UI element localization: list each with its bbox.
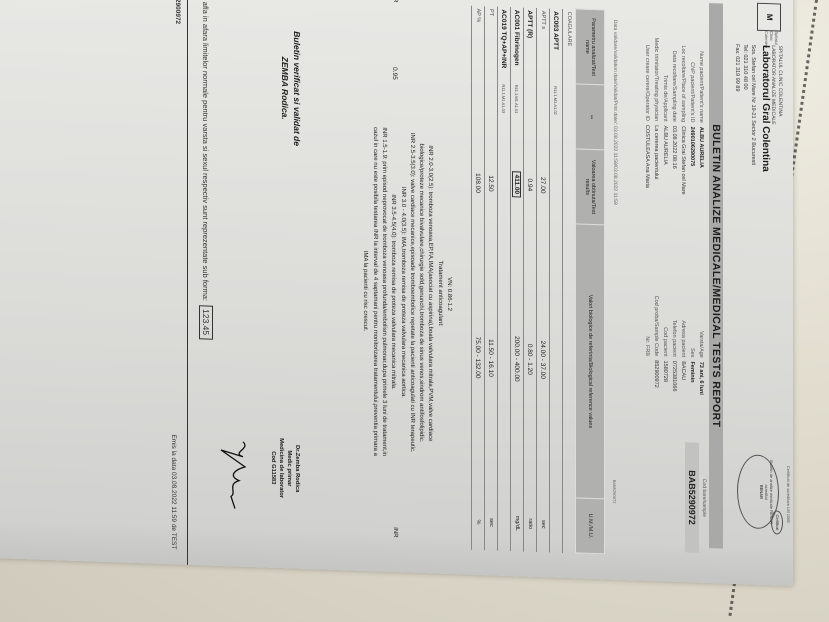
col-test-name: Parametru analizat/Test name bbox=[576, 9, 605, 85]
sample-barcode: Cod bare/sample BAB5290972 bbox=[685, 442, 707, 553]
test-code: R11.1.M1.A1.02 bbox=[550, 83, 563, 148]
test-name: AP % bbox=[472, 5, 485, 80]
hospital-logo-caption: Spitalul Clinic Colentina bbox=[764, 31, 779, 44]
test-name: AC003 APTT bbox=[550, 8, 563, 83]
inr-reference-notes: VN: 0.86-1.2 Tratament anticoagulant: IN… bbox=[360, 121, 453, 464]
test-result bbox=[550, 148, 563, 223]
patient-info-right: Varsta/Age73 ani, 6 luni SexFeminin Adre… bbox=[642, 281, 705, 395]
test-name: AC019 TQ+AP+INR bbox=[498, 6, 511, 81]
hospital-header: SPITALUL CLINIC COLENTINA LABORATOR ANAL… bbox=[769, 45, 783, 125]
test-unit bbox=[550, 497, 563, 552]
test-result: 12.50 bbox=[485, 146, 498, 221]
test-unit: % bbox=[472, 494, 485, 549]
test-unit: sec bbox=[537, 497, 550, 552]
col-unit: U.M./M.U. bbox=[576, 498, 605, 554]
table-row: APTT s27.0024.00 - 37.00sec bbox=[537, 8, 550, 552]
test-code bbox=[472, 80, 485, 145]
lab-contact: Sos. Stefan cel Mare Nr 19-21 Sector 2 B… bbox=[733, 44, 757, 165]
test-code: R11.1.M1.A1.01 bbox=[511, 82, 524, 147]
reference-range: 200.00 - 400.00 bbox=[511, 222, 524, 496]
inr-label: INR bbox=[392, 0, 398, 3]
test-unit bbox=[498, 495, 511, 550]
test-code bbox=[485, 81, 498, 146]
report-title: BULETIN ANALIZE MEDICALE/MEDICAL TESTS R… bbox=[709, 3, 723, 548]
col-reference: Valori biologice de referinta/Biological… bbox=[576, 224, 605, 499]
validation-date: Data validare/validation date/Validat/Pr… bbox=[612, 20, 618, 205]
test-result: 411.00 bbox=[511, 147, 524, 222]
reference-range: 11.50 - 16.10 bbox=[485, 221, 498, 495]
test-name: APTT (R) bbox=[524, 7, 537, 82]
reference-range: 75.00 - 132.00 bbox=[472, 220, 485, 494]
footer-divider bbox=[187, 0, 188, 565]
test-code: R11.1.M1.A1.03 bbox=[498, 81, 511, 146]
signature-icon bbox=[213, 436, 253, 517]
test-name: PT bbox=[485, 6, 498, 81]
table-row: AC019 TQ+AP+INRR11.1.M1.A1.03 bbox=[498, 6, 511, 550]
accreditation-text: Certificat de acreditare LM 1085 bbox=[786, 466, 791, 523]
section-label: COAGULARE bbox=[563, 8, 576, 552]
test-unit: mg/dL bbox=[511, 496, 524, 551]
test-name: APTT s bbox=[537, 8, 550, 83]
lab-report-page: M Spitalul Clinic Colentina SPITALUL CLI… bbox=[0, 0, 793, 586]
test-name: AC001 Fibrinogen bbox=[511, 7, 524, 82]
test-result: 108.00 bbox=[472, 145, 485, 220]
table-row: AC003 APTTR11.1.M1.A1.02 bbox=[550, 8, 563, 552]
footer-sample-code: Buletin cod probă 852900972 bbox=[174, 0, 181, 24]
table-row: AC001 FibrinogenR11.1.M1.A1.01411.00200.… bbox=[511, 7, 524, 551]
test-code bbox=[537, 83, 550, 148]
hospital-logo-icon: M bbox=[757, 3, 781, 32]
test-result: 27.00 bbox=[537, 148, 550, 223]
reference-range: 24.00 - 37.00 bbox=[537, 223, 550, 497]
signer-block: Dr.Zemba Rodica Medic primar Medicina de… bbox=[269, 423, 301, 514]
table-row: APTT (R)0.940.80 - 1.20ratio bbox=[524, 7, 537, 551]
test-unit: ratio bbox=[524, 496, 537, 551]
certificate-badge-icon: Certificat bbox=[771, 510, 783, 534]
reference-range bbox=[498, 221, 511, 495]
inr-unit: INR bbox=[392, 527, 398, 538]
test-result: 0.94 bbox=[524, 147, 537, 222]
col-result: Valoarea obtinuta/Test results bbox=[576, 149, 605, 225]
test-result bbox=[498, 146, 511, 221]
legend-example-box: 123.45 bbox=[199, 305, 213, 339]
inr-value: 0.95 bbox=[391, 67, 398, 80]
results-table: Parametru analizat/Test name ** Valoarea… bbox=[471, 5, 605, 555]
lab-name: Laboratorul Gral Colentina bbox=[760, 45, 771, 172]
verified-by: Buletin verificat si validat de ZEMBA Ro… bbox=[279, 13, 303, 164]
table-row: PT12.5011.50 - 16.10sec bbox=[485, 6, 498, 550]
patient-info-left: Nume pacient/Patient's nameALBU AURELIA … bbox=[642, 1, 705, 196]
reference-range: 0.80 - 1.20 bbox=[524, 222, 537, 496]
reference-range bbox=[550, 223, 563, 497]
table-row: AP %108.0075.00 - 132.00% bbox=[472, 5, 485, 549]
test-unit: sec bbox=[485, 495, 498, 550]
print-reference: BAB5290972 bbox=[612, 480, 617, 504]
issued-date: Emis la data 03.08.2022 11:59 de TEST bbox=[170, 434, 177, 549]
out-of-range-legend: Rezultatele care se afla in afara limite… bbox=[199, 0, 213, 339]
col-code: ** bbox=[576, 84, 605, 150]
test-code bbox=[524, 82, 537, 147]
